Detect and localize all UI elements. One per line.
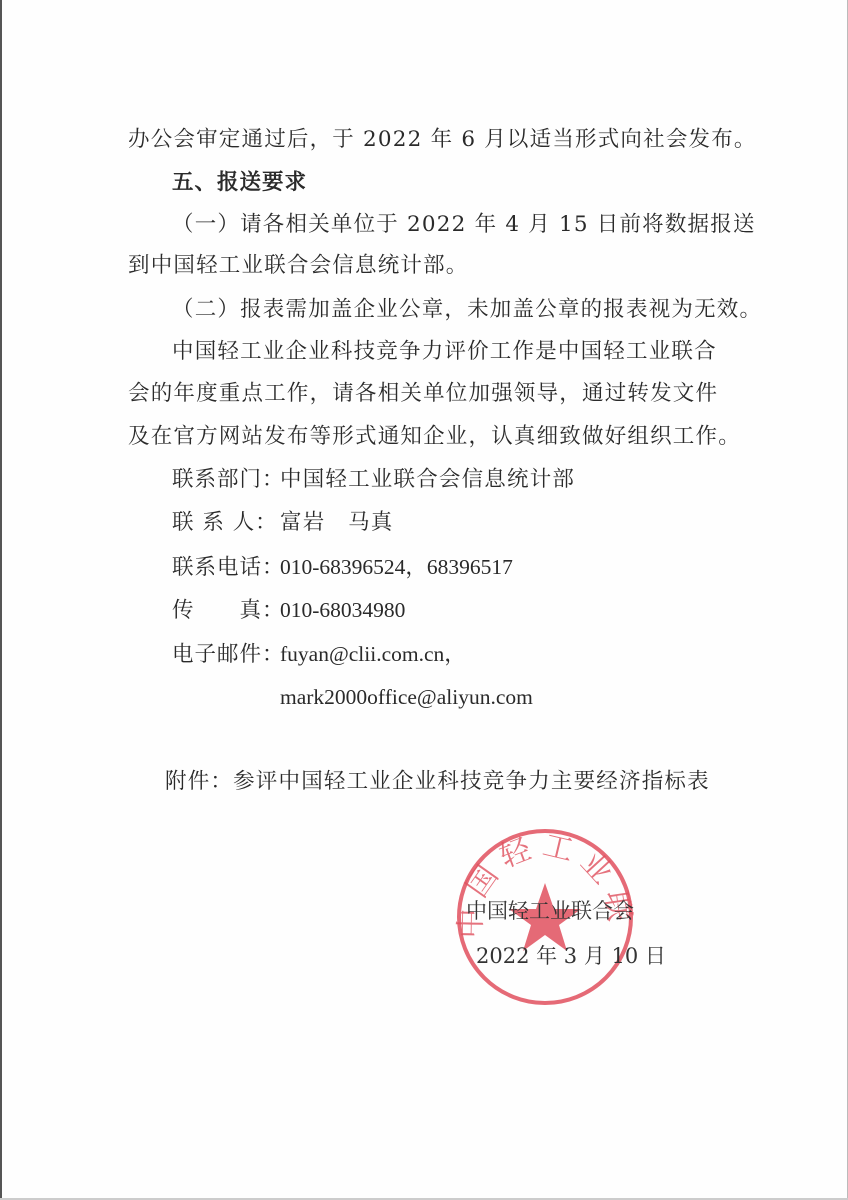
contact-fax: 传 真：010-68034980 [172,596,405,625]
paragraph-requirement-1-line1: （一）请各相关单位于 2022 年 4 月 15 日前将数据报送 [172,211,756,239]
signature-organization: 中国轻工业联合会 [466,895,634,925]
contact-email: 电子邮件：fuyan@clii.com.cn， [172,640,466,669]
attachment-label: 附件： [165,769,233,794]
contact-phone-label: 联系电话： [172,554,280,582]
contact-phone: 联系电话：010-68396524，68396517 [172,553,513,582]
contact-fax-value: 010-68034980 [280,598,405,622]
attachment-line: 附件：参评中国轻工业企业科技竞争力主要经济指标表 [165,768,710,796]
paragraph-importance-line2: 会的年度重点工作，请各相关单位加强领导，通过转发文件 [128,380,718,408]
signature-date: 2022 年 3 月 10 日 [476,940,666,970]
contact-email-label: 电子邮件： [172,641,280,669]
contact-person-label: 联 系 人： [172,509,280,537]
contact-person-value: 富岩 马真 [280,510,394,535]
contact-phone-value: 010-68396524，68396517 [280,555,513,579]
paragraph-publish-continuation: 办公会审定通过后，于 2022 年 6 月以适当形式向社会发布。 [128,126,757,154]
contact-email-second: mark2000office@aliyun.com [172,683,533,712]
contact-department-label: 联系部门： [172,466,280,494]
contact-department-value: 中国轻工业联合会信息统计部 [280,467,575,492]
paragraph-importance-line1: 中国轻工业企业科技竞争力评价工作是中国轻工业联合 [172,338,717,366]
section-heading-submission-requirements: 五、报送要求 [172,169,307,197]
contact-email-value-2[interactable]: mark2000office@aliyun.com [280,685,533,709]
contact-person: 联 系 人：富岩 马真 [172,509,394,537]
contact-fax-label: 传 真： [172,597,280,625]
contact-department: 联系部门：中国轻工业联合会信息统计部 [172,466,575,494]
page-edge-left [0,0,2,1200]
attachment-title[interactable]: 参评中国轻工业企业科技竞争力主要经济指标表 [233,769,710,794]
paragraph-importance-line3: 及在官方网站发布等形式通知企业，认真细致做好组织工作。 [128,423,741,451]
paragraph-requirement-1-line2: 到中国轻工业联合会信息统计部。 [128,252,469,280]
paragraph-requirement-2: （二）报表需加盖企业公章，未加盖公章的报表视为无效。 [172,296,762,324]
contact-email-value-1[interactable]: fuyan@clii.com.cn， [280,642,466,666]
